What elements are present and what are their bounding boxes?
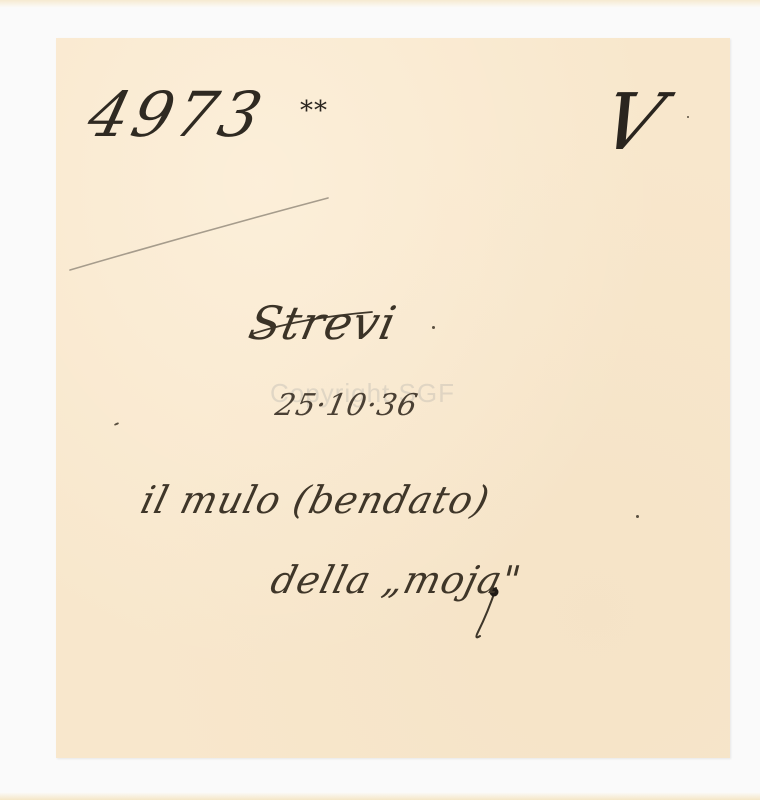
catalog-star-marks: ** <box>300 96 328 126</box>
caption-line-2: della „moja" <box>267 558 526 602</box>
place-name: Strevi <box>244 296 401 350</box>
date-text: 25·10·36 <box>272 388 421 423</box>
ink-dot <box>432 326 435 329</box>
corner-dot <box>687 116 689 118</box>
period-dot <box>636 515 639 518</box>
pencil-underline <box>70 198 328 270</box>
catalog-number: 4973 <box>81 78 273 151</box>
caption-line-1: il mulo (bendato) <box>137 478 495 522</box>
